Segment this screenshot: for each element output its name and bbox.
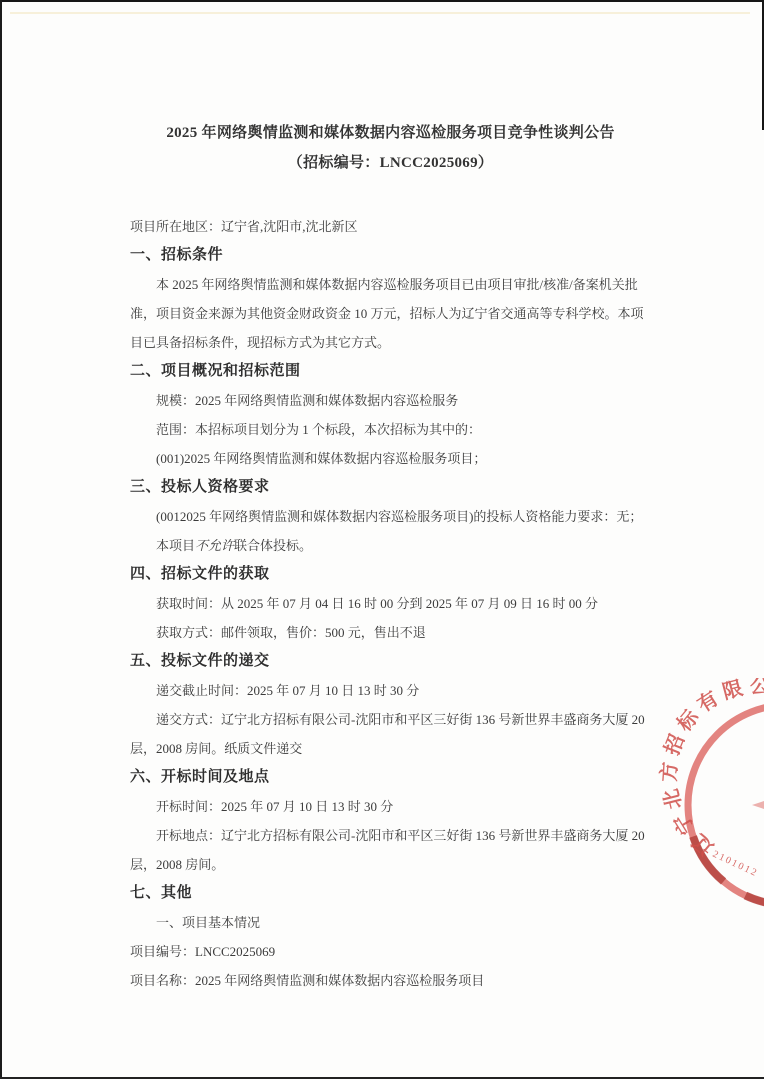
- section-6-place-line: 开标地点：辽宁北方招标有限公司-沈阳市和平区三好街 136 号新世界丰盛商务大厦…: [130, 821, 651, 879]
- joint-bid-not-allowed-emphasis: 不允许: [195, 538, 234, 553]
- document-title-line2: （招标编号：LNCC2025069）: [130, 148, 651, 178]
- section-6-time-line: 开标时间：2025 年 07 月 10 日 13 时 30 分: [130, 792, 651, 821]
- section-2-heading: 二、项目概况和招标范围: [130, 357, 651, 386]
- joint-bid-suffix: 联合体投标。: [234, 538, 312, 553]
- section-7-subheading: 一、项目基本情况: [130, 908, 651, 937]
- section-5-deadline-line: 递交截止时间：2025 年 07 月 10 日 13 时 30 分: [130, 676, 651, 705]
- section-5-heading: 五、投标文件的递交: [130, 647, 651, 676]
- scan-border-left: [0, 0, 2, 1079]
- document-title-line1: 2025 年网络舆情监测和媒体数据内容巡检服务项目竞争性谈判公告: [130, 118, 651, 148]
- section-5-method-line: 递交方式：辽宁北方招标有限公司-沈阳市和平区三好街 136 号新世界丰盛商务大厦…: [130, 705, 651, 763]
- section-1-paragraph: 本 2025 年网络舆情监测和媒体数据内容巡检服务项目已由项目审批/核准/备案机…: [130, 270, 651, 357]
- section-2-lot-line: (001)2025 年网络舆情监测和媒体数据内容巡检服务项目；: [130, 444, 651, 473]
- seal-company-name-arc: 辽宁北方招标有限公司: [656, 678, 764, 860]
- seal-star-icon: [752, 771, 764, 839]
- section-3-qualification-line: (0012025 年网络舆情监测和媒体数据内容巡检服务项目)的投标人资格能力要求…: [130, 502, 651, 531]
- scan-artifact-line: [10, 12, 750, 14]
- section-4-method-line: 获取方式：邮件领取，售价：500 元，售出不退: [130, 618, 651, 647]
- scanned-document-page: 2025 年网络舆情监测和媒体数据内容巡检服务项目竞争性谈判公告 （招标编号：L…: [0, 0, 764, 1079]
- section-4-time-line: 获取时间：从 2025 年 07 月 04 日 16 时 00 分到 2025 …: [130, 589, 651, 618]
- joint-bid-prefix: 本项目: [156, 538, 195, 553]
- scan-border-top: [0, 0, 764, 2]
- section-1-heading: 一、招标条件: [130, 241, 651, 270]
- project-location-line: 项目所在地区：辽宁省,沈阳市,沈北新区: [130, 212, 651, 241]
- company-seal-icon: 辽宁北方招标有限公司 2101012: [650, 678, 764, 938]
- section-4-heading: 四、招标文件的获取: [130, 560, 651, 589]
- section-3-heading: 三、投标人资格要求: [130, 473, 651, 502]
- document-body: 2025 年网络舆情监测和媒体数据内容巡检服务项目竞争性谈判公告 （招标编号：L…: [130, 118, 651, 995]
- section-7-heading: 七、其他: [130, 879, 651, 908]
- project-name-line: 项目名称：2025 年网络舆情监测和媒体数据内容巡检服务项目: [130, 966, 651, 995]
- section-2-scale-line: 规模：2025 年网络舆情监测和媒体数据内容巡检服务: [130, 386, 651, 415]
- section-6-heading: 六、开标时间及地点: [130, 763, 651, 792]
- section-3-joint-bid-line: 本项目不允许联合体投标。: [130, 531, 651, 560]
- spacer: [130, 178, 651, 212]
- section-2-range-line: 范围：本招标项目划分为 1 个标段，本次招标为其中的：: [130, 415, 651, 444]
- project-code-line: 项目编号：LNCC2025069: [130, 937, 651, 966]
